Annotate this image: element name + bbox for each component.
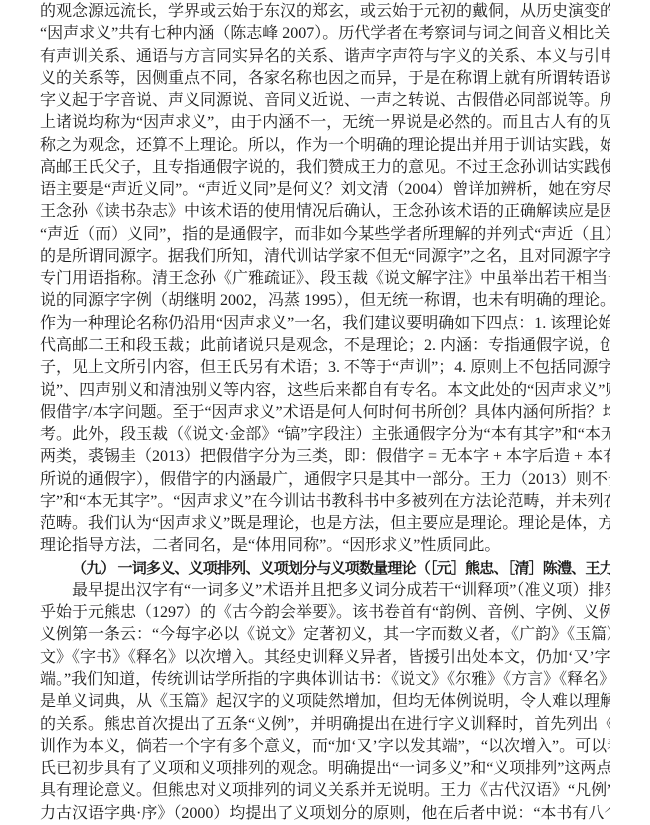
text-line: 字义起于字音说、声义同源说、音同义近说、一声之转说、古假借必同部说等。所以如把以 bbox=[40, 90, 610, 112]
text-line: “因声求义”共有七种内涵（陈志峰 2007）。历代学者在考察词与词之间音义相比关… bbox=[40, 23, 610, 45]
text-line: 乎始于元熊忠（1297）的《古今韵会举要》。该书卷首有“韵例、音例、字例、义例”… bbox=[40, 602, 610, 624]
text-line: 力古汉语字典·序》（2000）均提出了义项划分的原则，他在后者中说：“本书有八个… bbox=[40, 803, 610, 825]
text-line: 义例第一条云：“今每字必以《说文》定著初义，其一字而数义者，《广韵》《玉篇》《尔… bbox=[40, 624, 610, 646]
text-line: 理论指导方法，二者同名，是“体用同称”。“因形求义”性质同此。 bbox=[40, 535, 610, 557]
text-line: 高邮王氏父子，且专指通假字说的，我们赞成王力的意见。不过王念孙训诂实践使用的术 bbox=[40, 157, 610, 179]
text-line: 的观念源远流长，学界或云始于东汉的郑玄，或云始于元初的戴侗，从历史演变的角度看， bbox=[40, 1, 610, 23]
text-line: 字”和“本无其字”。“因声求义”在今训诂书教科书中多被列在方法论范畴，并未列在理… bbox=[40, 491, 610, 513]
text-line: “声近（而）义同”，指的是通假字，而非如今某些学者所理解的并列式“声近（且）义同… bbox=[40, 224, 610, 246]
text-line: 语主要是“声近义同”。“声近义同”是何义？刘文清（2004）曾详加辨析，她在穷尽… bbox=[40, 179, 610, 201]
text-line: 具有理论意义。但熊忠对义项排列的词义关系并无说明。王力《古代汉语》“凡例”及《王 bbox=[40, 780, 610, 802]
text-line: 的关系。熊忠首次提出了五条“义例”，并明确提出在进行字义训释时，首先列出《说文》… bbox=[40, 714, 610, 736]
text-line: 训作为本义，倘若一个字有多个意义，而“加‘又’字以发其端”，“以次增入”。可以看… bbox=[40, 736, 610, 758]
text-line: 有声训关系、通语与方言同实异名的关系、谐声字声符与字义的关系、本义与引申义和假借 bbox=[40, 46, 610, 68]
text-line: 上诸说均称为“因声求义”，由于内涵不一，无统一界说是必然的。而且古人有的见解只能 bbox=[40, 112, 610, 134]
text-line: 考。此外，段玉裁（《说文·金部》“镐”字段注）主张通假字分为“本有其字”和“本无… bbox=[40, 424, 610, 446]
text-line: 王念孙《读书杂志》中该术语的使用情况后确认，王念孙该术语的正确解读应是因果式的 bbox=[40, 201, 610, 223]
document-page: 的观念源远流长，学界或云始于东汉的郑玄，或云始于元初的戴侗，从历史演变的角度看，… bbox=[0, 0, 650, 825]
text-line: 端。”我们知道，传统训诂学所指的字典体训诂书：《说文》《尔雅》《方言》《释名》基… bbox=[40, 669, 610, 691]
text-line: 说”、四声别义和清浊别义等内容，这些后来都自有专名。本文此处的“因声求义”则专指 bbox=[40, 380, 610, 402]
text-line: 假借字/本字问题。至于“因声求义”术语是何人何时何书所创？具体内涵何所指？均待 bbox=[40, 402, 610, 424]
section-heading: （九） 一词多义、义项排列、义项划分与义项数量理论（［元］熊忠、［清］陈澧、王力… bbox=[40, 558, 610, 580]
text-line: 最早提出汉字有“一词多义”术语并且把多义词分成若干“训释项”（准义项）排列，似 bbox=[40, 580, 610, 602]
text-line: 说的同源字字例（胡继明 2002，冯蒸 1995），但无统一称谓，也未有明确的理… bbox=[40, 290, 610, 312]
paragraph-continued: 的观念源远流长，学界或云始于东汉的郑玄，或云始于元初的戴侗，从历史演变的角度看，… bbox=[40, 1, 610, 558]
text-line: 称之为观念，还算不上理论。所以，作为一个明确的理论提出并用于训诂实践，始于清代的 bbox=[40, 135, 610, 157]
text-line: 代高邮二王和段玉裁；此前诸说只是观念，不是理论；2. 内涵：专指通假字说，创自王… bbox=[40, 335, 610, 357]
paragraph-body: 最早提出汉字有“一词多义”术语并且把多义词分成若干“训释项”（准义项）排列，似乎… bbox=[40, 580, 610, 825]
text-line: 氏已初步具有了义项和义项排列的观念。明确提出“一词多义”和“义项排列”这两点无疑 bbox=[40, 758, 610, 780]
text-line: 子，见上文所引内容，但王氏另有术语；3. 不等于“声训”；4. 原则上不包括同源… bbox=[40, 357, 610, 379]
text-line: 作为一种理论名称仍沿用“因声求义”一名，我们建议要明确如下四点：1. 该理论始于… bbox=[40, 313, 610, 335]
text-line: 是单义词典，从《玉篇》起汉字的义项陡然增加，但均无体例说明，令人难以理解各义之间 bbox=[40, 691, 610, 713]
text-line: 专门用语指称。清王念孙《广雅疏证》、段玉裁《说文解字注》中虽举出若干相当于今人所 bbox=[40, 268, 610, 290]
text-line: 范畴。我们认为“因声求义”既是理论，也是方法，但主要应是理论。理论是体，方法是用… bbox=[40, 513, 610, 535]
text-line: 两类，裘锡圭（2013）把假借字分为三类，即：假借字 = 无本字 + 本字后造 … bbox=[40, 446, 610, 468]
text-line: 文》《字书》《释名》以次增入。其经史训释义异者，皆援引出处本文，仍加‘又’字以发… bbox=[40, 647, 610, 669]
text-line: 的是所谓同源字。据我们所知，清代训诂学家不但无“同源字”之名，且对同源字字例亦无 bbox=[40, 246, 610, 268]
text-line: 义的关系等，因侧重点不同，各家名称也因之而异，于是在称谓上就有所谓转语说、右文说… bbox=[40, 68, 610, 90]
text-line: 所说的通假字），假借字的内涵最广，通假字只是其中一部分。王力（2013）则不分“… bbox=[40, 469, 610, 491]
